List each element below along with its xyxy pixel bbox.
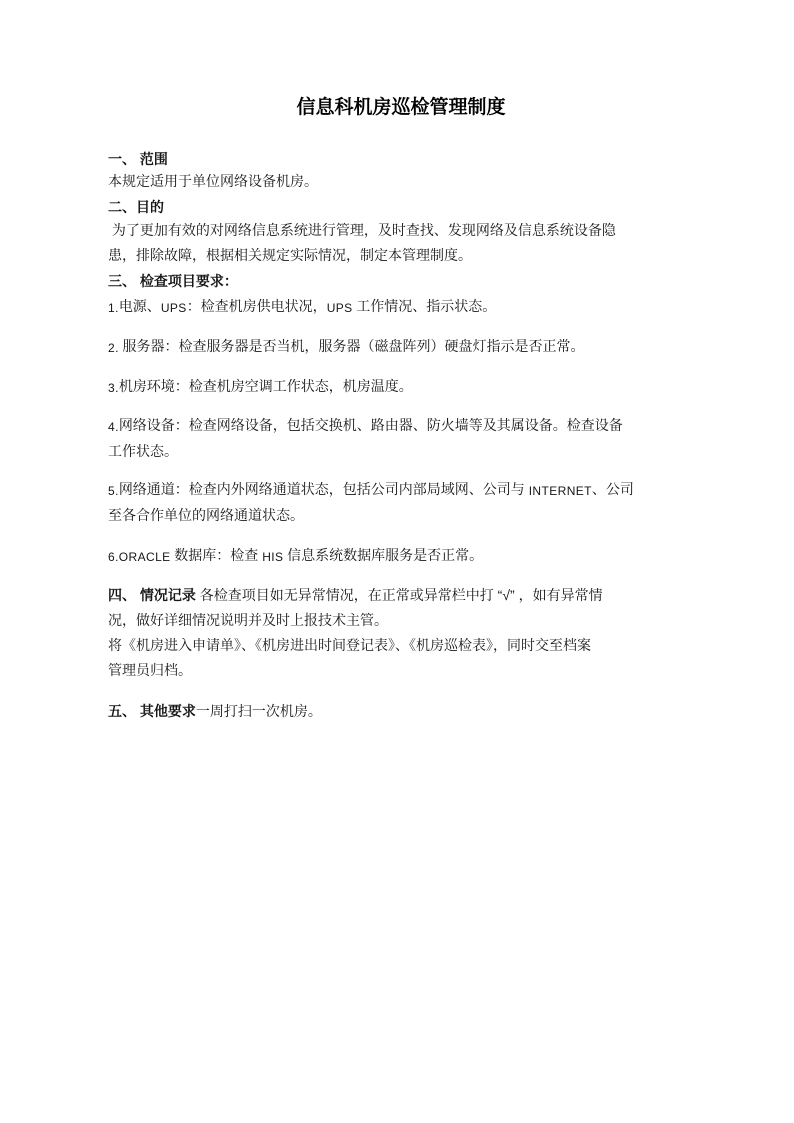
text-run: 电源、 <box>119 298 161 314</box>
text-run: 网络设备：检查网络设备，包括交换机、路由器、防火墙等及其属设备。检查设备 <box>119 417 623 433</box>
text-run: UPS <box>327 301 357 315</box>
text-run: ：检查机房供电状况， <box>187 298 327 314</box>
text-run: 6.ORACLE <box>108 550 174 564</box>
text-run: 机房环境：检查机房空调工作状态，机房温度。 <box>119 378 413 394</box>
text-run: 管理员归档。 <box>108 662 192 678</box>
text-run: 将《机房进入申请单》、《机房进出时间登记表》、《机房巡检表》，同时交至档案 <box>108 637 591 653</box>
inspection-item-3: 3.机房环境：检查机房空调工作状态，机房温度。 <box>108 374 694 400</box>
paragraph-scope-body: 本规定适用于单位网络设备机房。 <box>108 170 694 192</box>
paragraph-archiving: 将《机房进入申请单》、《机房进出时间登记表》、《机房巡检表》，同时交至档案管理员… <box>108 633 694 683</box>
text-run: 、公司 <box>592 481 634 497</box>
text-run: 三、 检查项目要求： <box>108 273 238 289</box>
section-heading-scope: 一、 范围 <box>108 148 694 170</box>
text-run: HIS <box>262 550 287 564</box>
document-title: 信息科机房巡检管理制度 <box>108 95 694 121</box>
text-run: 一周打扫一次机房。 <box>196 703 322 719</box>
text-run: 五、 其他要求 <box>108 703 196 719</box>
text-run: 服务器：检查服务器是否当机，服务器（磁盘阵列）硬盘灯指示是否正常。 <box>123 338 585 354</box>
text-run: 2. <box>108 341 123 355</box>
text-run: 四、 情况记录 <box>108 587 200 603</box>
text-run: 信息系统数据库服务是否正常。 <box>287 547 483 563</box>
text-run: 4. <box>108 420 119 434</box>
document-page: 信息科机房巡检管理制度 一、 范围 本规定适用于单位网络设备机房。 二、目的 为… <box>0 0 794 1123</box>
text-run: 3. <box>108 381 119 395</box>
text-run: 1. <box>108 301 119 315</box>
text-run: 各检查项目如无异常情况，在正常或异常栏中打 “√” ，如有异常情 <box>200 587 603 603</box>
text-run: INTERNET <box>529 484 592 498</box>
inspection-item-5: 5.网络通道：检查内外网络通道状态，包括公司内部局域网、公司与 INTERNET… <box>108 477 694 528</box>
inspection-item-6: 6.ORACLE 数据库：检查 HIS 信息系统数据库服务是否正常。 <box>108 543 694 569</box>
text-run: 本规定适用于单位网络设备机房。 <box>108 173 318 189</box>
inspection-item-2: 2. 服务器：检查服务器是否当机，服务器（磁盘阵列）硬盘灯指示是否正常。 <box>108 334 694 360</box>
text-run: 5. <box>108 484 119 498</box>
paragraph-purpose-body: 为了更加有效的对网络信息系统进行管理，及时查找、发现网络及信息系统设备隐患，排除… <box>108 218 694 268</box>
text-run: 为了更加有效的对网络信息系统进行管理，及时查找、发现网络及信息系统设备隐 <box>108 222 616 238</box>
section-heading-purpose: 二、目的 <box>108 196 694 218</box>
text-run: 数据库：检查 <box>174 547 262 563</box>
document-content: 信息科机房巡检管理制度 一、 范围 本规定适用于单位网络设备机房。 二、目的 为… <box>0 0 794 724</box>
section-heading-inspection-items: 三、 检查项目要求： <box>108 268 694 294</box>
text-run: 一、 范围 <box>108 151 168 167</box>
inspection-item-4: 4.网络设备：检查网络设备，包括交换机、路由器、防火墙等及其属设备。检查设备工作… <box>108 413 694 464</box>
text-run: 网络通道：检查内外网络通道状态，包括公司内部局域网、公司与 <box>119 481 529 497</box>
text-run: UPS <box>161 301 187 315</box>
text-run: 至各合作单位的网络通道状态。 <box>108 507 304 523</box>
text-run: 患，排除故障，根据相关规定实际情况，制定本管理制度。 <box>108 247 472 263</box>
text-run: 工作情况、指示状态。 <box>356 298 496 314</box>
text-run: 工作状态。 <box>108 443 178 459</box>
text-run: 况，做好详细情况说明并及时上报技术主管。 <box>108 612 388 628</box>
text-run: 二、目的 <box>108 199 164 215</box>
inspection-item-1: 1.电源、UPS：检查机房供电状况，UPS 工作情况、指示状态。 <box>108 294 694 320</box>
paragraph-record-keeping: 四、 情况记录 各检查项目如无异常情况，在正常或异常栏中打 “√” ，如有异常情… <box>108 583 694 633</box>
paragraph-other-requirements: 五、 其他要求一周打扫一次机房。 <box>108 699 694 724</box>
